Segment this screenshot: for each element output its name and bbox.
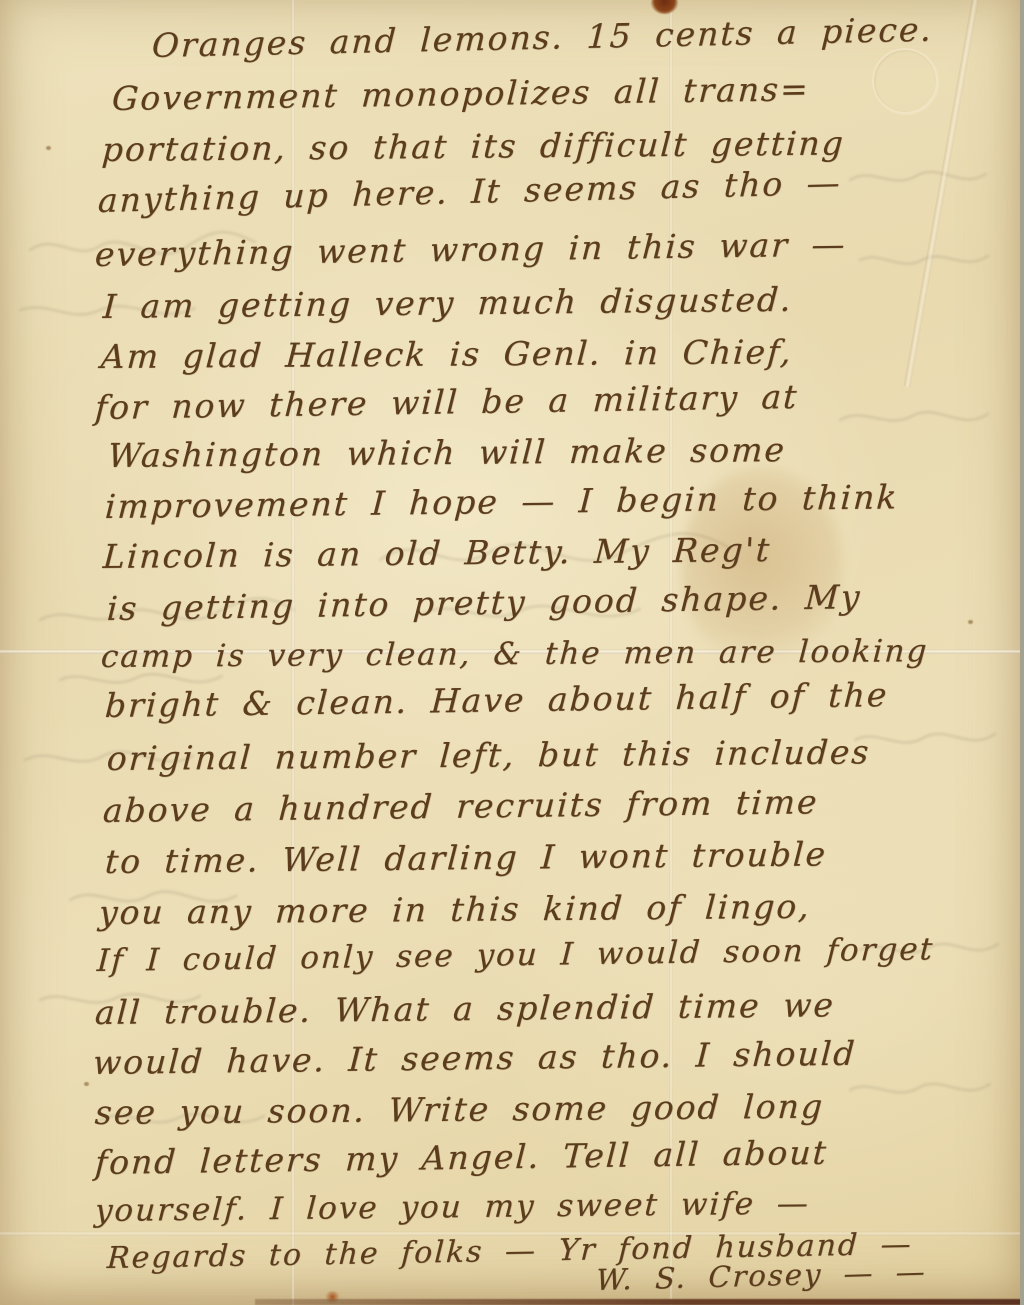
handwritten-line: Washington which will make some xyxy=(107,430,787,475)
scanner-background-right-sliver xyxy=(1020,0,1024,1305)
handwritten-line: camp is very clean, & the men are lookin… xyxy=(100,633,930,675)
embossed-stamp-top-right xyxy=(872,48,938,114)
foxing-speck xyxy=(46,146,51,150)
handwritten-line: Am glad Halleck is Genl. in Chief, xyxy=(100,332,794,376)
handwritten-line: Lincoln is an old Betty. My Reg't xyxy=(102,530,772,576)
handwritten-line: original number left, but this includes xyxy=(106,732,872,778)
foxing-speck xyxy=(968,620,973,624)
handwritten-line: all trouble. What a splendid time we xyxy=(94,985,836,1032)
handwritten-line: yourself. I love you my sweet wife — xyxy=(94,1186,811,1230)
handwritten-line: you any more in this kind of lingo, xyxy=(98,887,812,932)
scanner-background-bottom-sliver xyxy=(255,1299,1021,1305)
handwritten-line: portation, so that its difficult getting xyxy=(101,124,846,170)
handwritten-line: see you soon. Write some good long xyxy=(94,1087,825,1132)
handwritten-line: to time. Well darling I wont trouble xyxy=(104,834,828,881)
letter-paper: Oranges and lemons. 15 cents a piece.Gov… xyxy=(0,0,1021,1305)
handwritten-line: I am getting very much disgusted. xyxy=(102,280,794,326)
letter-scan: { "document": { "kind": "Scanned page of… xyxy=(0,0,1024,1305)
foxing-speck xyxy=(84,1082,89,1086)
